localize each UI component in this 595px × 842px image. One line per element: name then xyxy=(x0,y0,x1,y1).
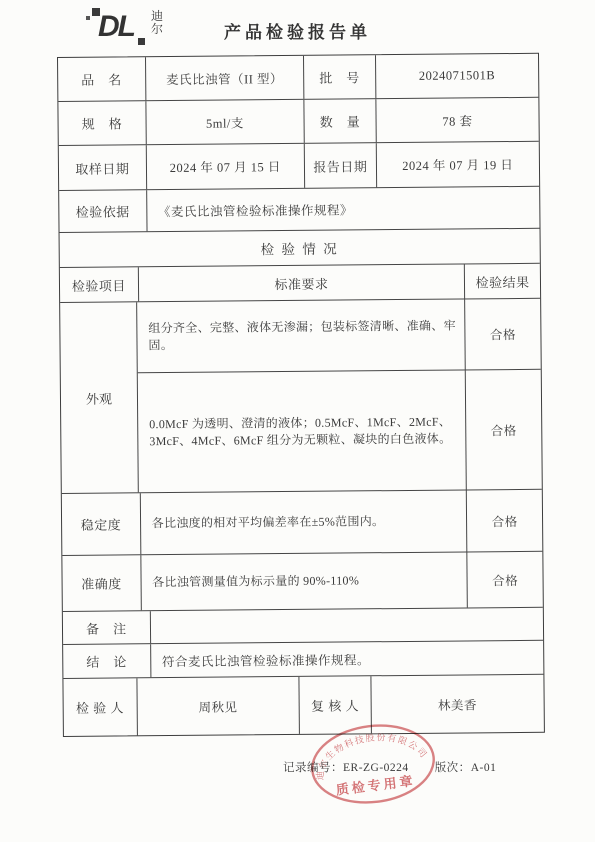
batch-no-label: 批 号 xyxy=(304,55,376,99)
column-header-row: 检验项目 标准要求 检验结果 xyxy=(60,264,540,303)
inspector-name: 周秋见 xyxy=(137,677,300,735)
appearance-result-1: 合格 xyxy=(465,299,541,370)
table-row-appearance: 外观 组分齐全、完整、液体无渗漏；包装标签清晰、准确、牢固。 合格 0.0McF… xyxy=(60,299,542,494)
batch-no-value: 2024071501B xyxy=(376,54,539,98)
appearance-subrow-1: 组分齐全、完整、液体无渗漏；包装标签清晰、准确、牢固。 合格 xyxy=(137,299,541,374)
accuracy-item-label: 准确度 xyxy=(62,555,141,611)
section-title: 检 验 情 况 xyxy=(60,229,540,267)
sample-date-label: 取样日期 xyxy=(59,145,147,190)
col-header-requirement: 标准要求 xyxy=(139,264,466,301)
version-value: A-01 xyxy=(471,762,497,774)
appearance-subrow-2: 0.0McF 为透明、澄清的液体；0.5McF、1McF、2McF、3McF、4… xyxy=(138,370,542,493)
appearance-result-2: 合格 xyxy=(466,370,542,490)
inspector-label: 检 验 人 xyxy=(63,678,137,736)
appearance-requirement-1: 组分齐全、完整、液体无渗漏；包装标签清晰、准确、牢固。 xyxy=(137,299,466,372)
report-date-value: 2024 年 07 月 19 日 xyxy=(376,142,539,187)
stability-item-label: 稳定度 xyxy=(62,493,141,555)
conclusion-value: 符合麦氏比浊管检验标准操作规程。 xyxy=(151,641,544,677)
appearance-subrows: 组分齐全、完整、液体无渗漏；包装标签清晰、准确、牢固。 合格 0.0McF 为透… xyxy=(137,299,542,493)
basis-label: 检验依据 xyxy=(59,190,147,232)
remark-label: 备 注 xyxy=(63,611,151,644)
table-row-product: 品 名 麦氏比浊管（II 型） 批 号 2024071501B xyxy=(58,54,538,102)
table-row-basis: 检验依据 《麦氏比浊管检验标准操作规程》 xyxy=(59,187,539,233)
table-row-dates: 取样日期 2024 年 07 月 15 日 报告日期 2024 年 07 月 1… xyxy=(59,142,539,191)
stability-requirement: 各比浊度的相对平均偏差率在±5%范围内。 xyxy=(140,490,467,554)
appearance-item-label: 外观 xyxy=(60,302,139,493)
report-date-label: 报告日期 xyxy=(305,143,377,188)
inspection-report-page: DL 迪尔 产品检验报告单 品 名 麦氏比浊管（II 型） 批 号 202407… xyxy=(0,0,595,842)
table-row-remark: 备 注 xyxy=(63,608,543,645)
table-row-accuracy: 准确度 各比浊管测量值为标示量的 90%-110% 合格 xyxy=(62,552,542,612)
page-title: 产品检验报告单 xyxy=(0,18,595,43)
product-name-label: 品 名 xyxy=(58,57,146,101)
accuracy-requirement: 各比浊管测量值为标示量的 90%-110% xyxy=(141,552,468,610)
accuracy-result: 合格 xyxy=(468,552,543,608)
sample-date-value: 2024 年 07 月 15 日 xyxy=(146,144,305,189)
quantity-value: 78 套 xyxy=(376,98,539,142)
basis-value: 《麦氏比浊管检验标准操作规程》 xyxy=(147,187,540,231)
spec-label: 规 格 xyxy=(58,101,146,145)
table-row-stability: 稳定度 各比浊度的相对平均偏差率在±5%范围内。 合格 xyxy=(62,490,543,556)
table-row-spec: 规 格 5ml/支 数 量 78 套 xyxy=(58,98,538,146)
stability-result: 合格 xyxy=(467,490,542,552)
col-header-item: 检验项目 xyxy=(60,267,139,302)
table-row-conclusion: 结 论 符合麦氏比浊管检验标准操作规程。 xyxy=(63,641,543,679)
section-header-row: 检 验 情 况 xyxy=(60,229,540,268)
appearance-requirement-2: 0.0McF 为透明、澄清的液体；0.5McF、1McF、2McF、3McF、4… xyxy=(138,370,467,492)
col-header-result: 检验结果 xyxy=(465,264,540,299)
conclusion-label: 结 论 xyxy=(63,644,151,678)
remark-value xyxy=(150,608,543,643)
spec-value: 5ml/支 xyxy=(146,100,305,144)
product-name-value: 麦氏比浊管（II 型） xyxy=(146,56,305,100)
report-table: 品 名 麦氏比浊管（II 型） 批 号 2024071501B 规 格 5ml/… xyxy=(57,53,545,737)
qc-stamp: 迪尔生物科技股份有限公司 质检专用章 xyxy=(282,696,465,832)
quantity-label: 数 量 xyxy=(304,99,376,143)
